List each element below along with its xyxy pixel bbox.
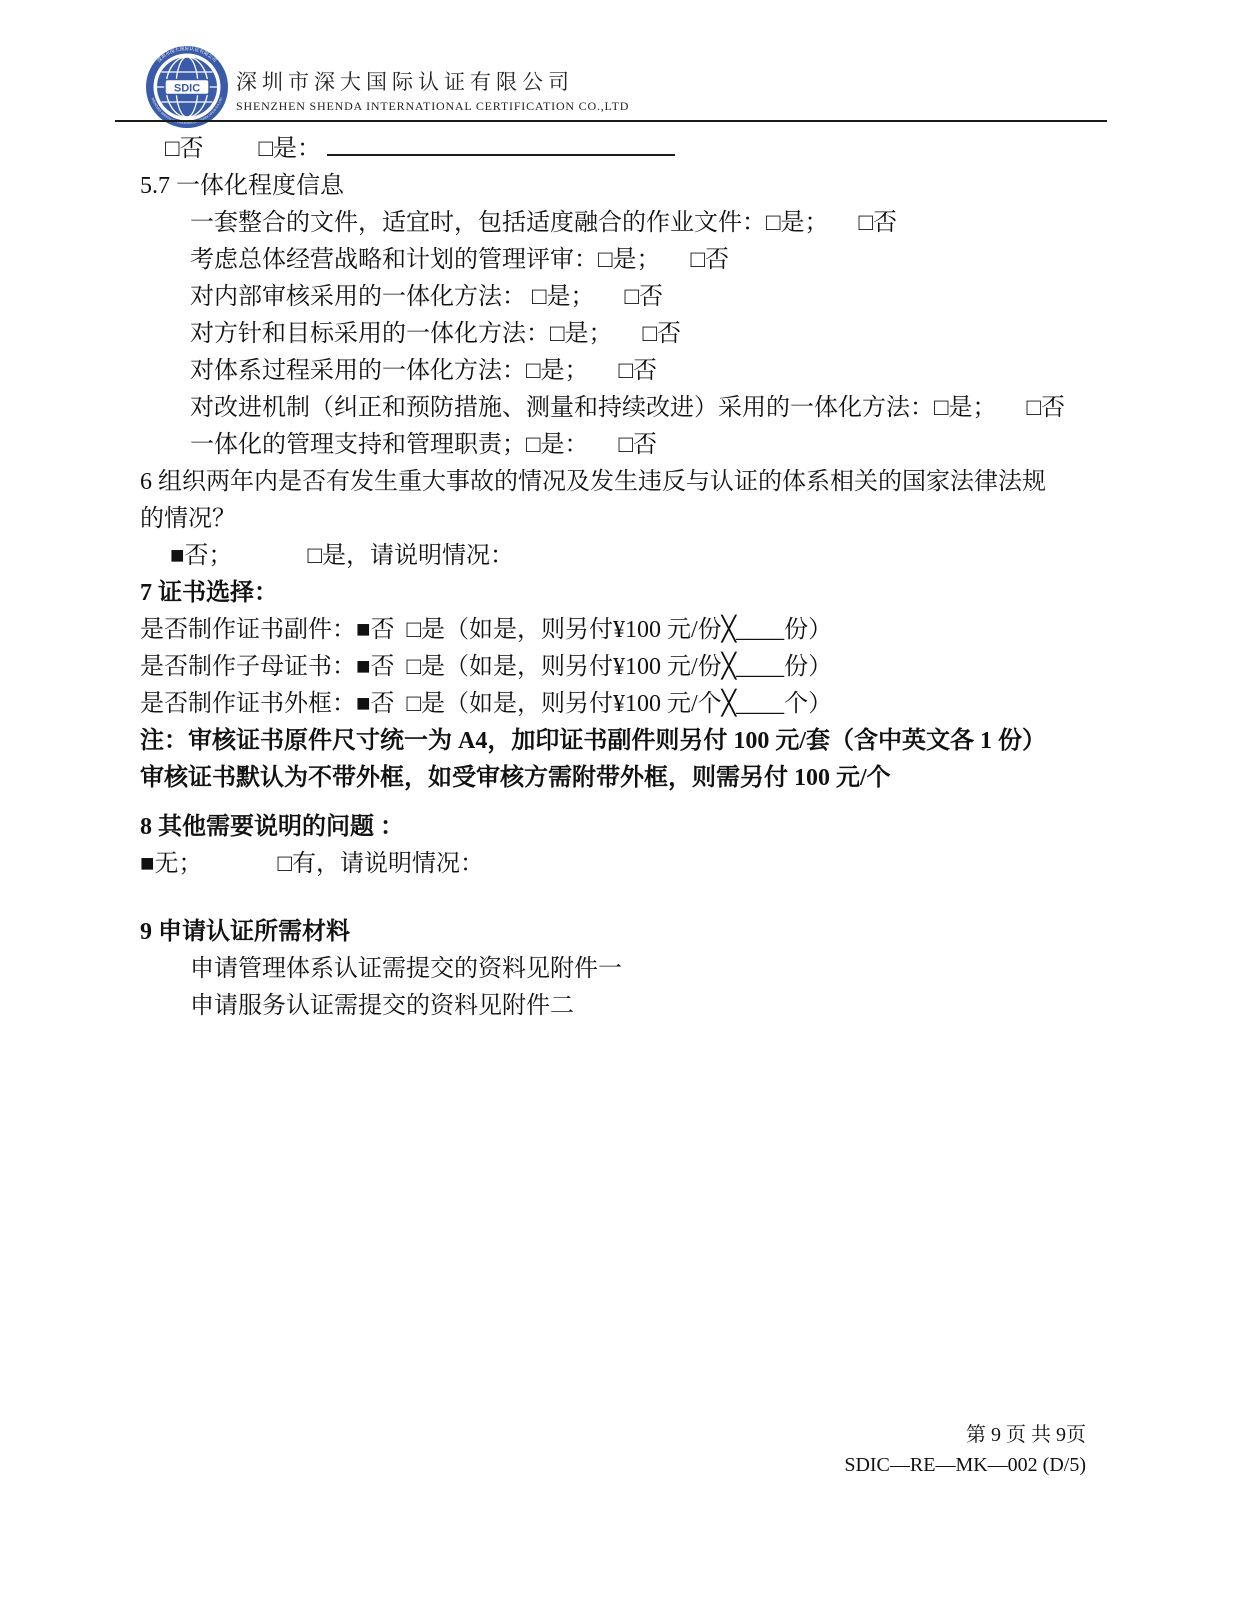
integration-question-row: 考虑总体经营战略和计划的管理评审：□是；□否 bbox=[140, 242, 1125, 279]
checkbox-checked-icon: ■ bbox=[140, 851, 155, 877]
section-8-answer-row: ■无；□有，请说明情况： bbox=[140, 846, 1125, 883]
form-body: □否□是： 5.7 一体化程度信息 一套整合的文件，适宜时，包括适度融合的作业文… bbox=[140, 131, 1125, 1025]
certificate-option-row: 是否制作子母证书：■否□是（如是，则另付¥100 元/份╳____份） bbox=[140, 649, 1125, 686]
no-option-label: 否 bbox=[657, 321, 681, 347]
checkbox-unchecked-icon: □ bbox=[625, 284, 640, 310]
no-option-label: 否 bbox=[639, 284, 663, 310]
company-name-cn: 深圳市深大国际认证有限公司 bbox=[236, 66, 629, 96]
question-label: 一体化的管理支持和管理职责； bbox=[190, 432, 526, 458]
yes-option-label: 是 bbox=[421, 691, 445, 717]
company-name-en: SHENZHEN SHENDA INTERNATIONAL CERTIFICAT… bbox=[236, 99, 629, 114]
no-option-label: 否 bbox=[371, 654, 395, 680]
company-name-block: 深圳市深大国际认证有限公司 SHENZHEN SHENDA INTERNATIO… bbox=[236, 66, 629, 114]
yes-option-label: 是； bbox=[613, 247, 661, 273]
question-label: 是否制作子母证书： bbox=[140, 654, 356, 680]
checkbox-checked-icon: ■ bbox=[356, 654, 371, 680]
integration-question-row: 对改进机制（纠正和预防措施、测量和持续改进）采用的一体化方法：□是；□否 bbox=[140, 390, 1125, 427]
integration-question-row: 对体系过程采用的一体化方法：□是；□否 bbox=[140, 353, 1125, 390]
section-9-heading: 9 申请认证所需材料 bbox=[140, 914, 1125, 951]
checkbox-checked-icon: ■ bbox=[356, 617, 371, 643]
header-divider bbox=[115, 120, 1107, 122]
no-option-label: 否 bbox=[873, 210, 897, 236]
yes-option-label: 是，请说明情况： bbox=[322, 543, 514, 569]
section-6-question-line2: 的情况？ bbox=[140, 501, 1125, 538]
yes-option-label: 是； bbox=[949, 395, 997, 421]
no-option-label: 否 bbox=[180, 136, 204, 162]
question-label: 是否制作证书外框： bbox=[140, 691, 356, 717]
certificate-note-line2: 审核证书默认为不带外框，如受审核方需附带外框，则需另付 100 元/个 bbox=[140, 760, 1125, 797]
required-material-item: 申请管理体系认证需提交的资料见附件一 bbox=[140, 951, 1125, 988]
checkbox-unchecked-icon: □ bbox=[278, 851, 293, 877]
checkbox-unchecked-icon: □ bbox=[532, 284, 547, 310]
yes-option-label: 是； bbox=[781, 210, 829, 236]
carryover-answer-row: □否□是： bbox=[140, 131, 1125, 168]
question-label: 一套整合的文件，适宜时，包括适度融合的作业文件： bbox=[190, 210, 766, 236]
company-logo: 深圳市深大国际认证有限公司 SHENZHEN SHENDA INTERNATIO… bbox=[145, 45, 229, 129]
document-page: 深圳市深大国际认证有限公司 SHENZHEN SHENDA INTERNATIO… bbox=[0, 0, 1236, 1600]
no-option-label: 否 bbox=[633, 432, 657, 458]
yes-option-label: 是； bbox=[541, 358, 589, 384]
page-header: 深圳市深大国际认证有限公司 SHENZHEN SHENDA INTERNATIO… bbox=[0, 0, 1236, 132]
have-option-label: 有，请说明情况： bbox=[292, 851, 484, 877]
question-label: 对方针和目标采用的一体化方法： bbox=[190, 321, 550, 347]
checkbox-unchecked-icon: □ bbox=[407, 691, 422, 717]
none-option-label: 无； bbox=[155, 851, 203, 877]
no-option-label: 否 bbox=[633, 358, 657, 384]
certificate-note-line1: 注：审核证书原件尺寸统一为 A4，加印证书副件则另付 100 元/套（含中英文各… bbox=[140, 723, 1125, 760]
integration-question-row: 对方针和目标采用的一体化方法：□是；□否 bbox=[140, 316, 1125, 353]
yes-option-label: 是 bbox=[421, 654, 445, 680]
no-option-label: 否 bbox=[371, 691, 395, 717]
option-detail: （如是，则另付¥100 元/份╳____份） bbox=[445, 617, 832, 643]
checkbox-unchecked-icon: □ bbox=[619, 432, 634, 458]
yes-option-label: 是 bbox=[421, 617, 445, 643]
question-label: 是否制作证书副件： bbox=[140, 617, 356, 643]
section-7-heading: 7 证书选择： bbox=[140, 575, 1125, 612]
checkbox-unchecked-icon: □ bbox=[526, 432, 541, 458]
blank-answer-field bbox=[327, 132, 675, 156]
question-label: 考虑总体经营战略和计划的管理评审： bbox=[190, 247, 598, 273]
integration-question-row: 一体化的管理支持和管理职责；□是：□否 bbox=[140, 427, 1125, 464]
checkbox-unchecked-icon: □ bbox=[859, 210, 874, 236]
section-8-heading: 8 其他需要说明的问题 ： bbox=[140, 809, 1125, 846]
checkbox-unchecked-icon: □ bbox=[1027, 395, 1042, 421]
checkbox-checked-icon: ■ bbox=[356, 691, 371, 717]
integration-question-row: 对内部审核采用的一体化方法： □是；□否 bbox=[140, 279, 1125, 316]
no-option-label: 否 bbox=[1041, 395, 1065, 421]
certificate-option-row: 是否制作证书副件：■否□是（如是，则另付¥100 元/份╳____份） bbox=[140, 612, 1125, 649]
checkbox-unchecked-icon: □ bbox=[550, 321, 565, 347]
question-label: 对体系过程采用的一体化方法： bbox=[190, 358, 526, 384]
section-6-answer-row: ■否；□是，请说明情况： bbox=[140, 538, 1125, 575]
option-detail: （如是，则另付¥100 元/份╳____份） bbox=[445, 654, 832, 680]
yes-option-label: 是； bbox=[565, 321, 613, 347]
yes-option-label: 是： bbox=[273, 136, 321, 162]
page-footer: 第 9 页 共 9页 SDIC—RE—MK—002 (D/5) bbox=[844, 1420, 1086, 1480]
required-material-item: 申请服务认证需提交的资料见附件二 bbox=[140, 988, 1125, 1025]
question-label: 对内部审核采用的一体化方法： bbox=[190, 284, 532, 310]
no-option-label: 否； bbox=[185, 543, 233, 569]
checkbox-unchecked-icon: □ bbox=[526, 358, 541, 384]
checkbox-unchecked-icon: □ bbox=[934, 395, 949, 421]
checkbox-unchecked-icon: □ bbox=[308, 543, 323, 569]
checkbox-unchecked-icon: □ bbox=[598, 247, 613, 273]
question-label: 对改进机制（纠正和预防措施、测量和持续改进）采用的一体化方法： bbox=[190, 395, 934, 421]
integration-question-row: 一套整合的文件，适宜时，包括适度融合的作业文件：□是；□否 bbox=[140, 205, 1125, 242]
checkbox-unchecked-icon: □ bbox=[691, 247, 706, 273]
yes-option-label: 是； bbox=[547, 284, 595, 310]
checkbox-unchecked-icon: □ bbox=[766, 210, 781, 236]
page-number: 第 9 页 共 9页 bbox=[844, 1420, 1086, 1450]
checkbox-checked-icon: ■ bbox=[170, 543, 185, 569]
spacer bbox=[140, 883, 1125, 914]
section-6-question-line1: 6 组织两年内是否有发生重大事故的情况及发生违反与认证的体系相关的国家法律法规 bbox=[140, 464, 1125, 501]
no-option-label: 否 bbox=[705, 247, 729, 273]
checkbox-unchecked-icon: □ bbox=[643, 321, 658, 347]
logo-abbr: SDIC bbox=[174, 83, 200, 95]
spacer bbox=[140, 797, 1125, 809]
checkbox-unchecked-icon: □ bbox=[407, 617, 422, 643]
no-option-label: 否 bbox=[371, 617, 395, 643]
section-5-7-heading: 5.7 一体化程度信息 bbox=[140, 168, 1125, 205]
checkbox-unchecked-icon: □ bbox=[407, 654, 422, 680]
checkbox-unchecked-icon: □ bbox=[165, 136, 180, 162]
checkbox-unchecked-icon: □ bbox=[259, 136, 274, 162]
yes-option-label: 是： bbox=[541, 432, 589, 458]
option-detail: （如是，则另付¥100 元/个╳____个） bbox=[445, 691, 832, 717]
checkbox-unchecked-icon: □ bbox=[619, 358, 634, 384]
certificate-option-row: 是否制作证书外框：■否□是（如是，则另付¥100 元/个╳____个） bbox=[140, 686, 1125, 723]
document-code: SDIC—RE—MK—002 (D/5) bbox=[844, 1450, 1086, 1480]
